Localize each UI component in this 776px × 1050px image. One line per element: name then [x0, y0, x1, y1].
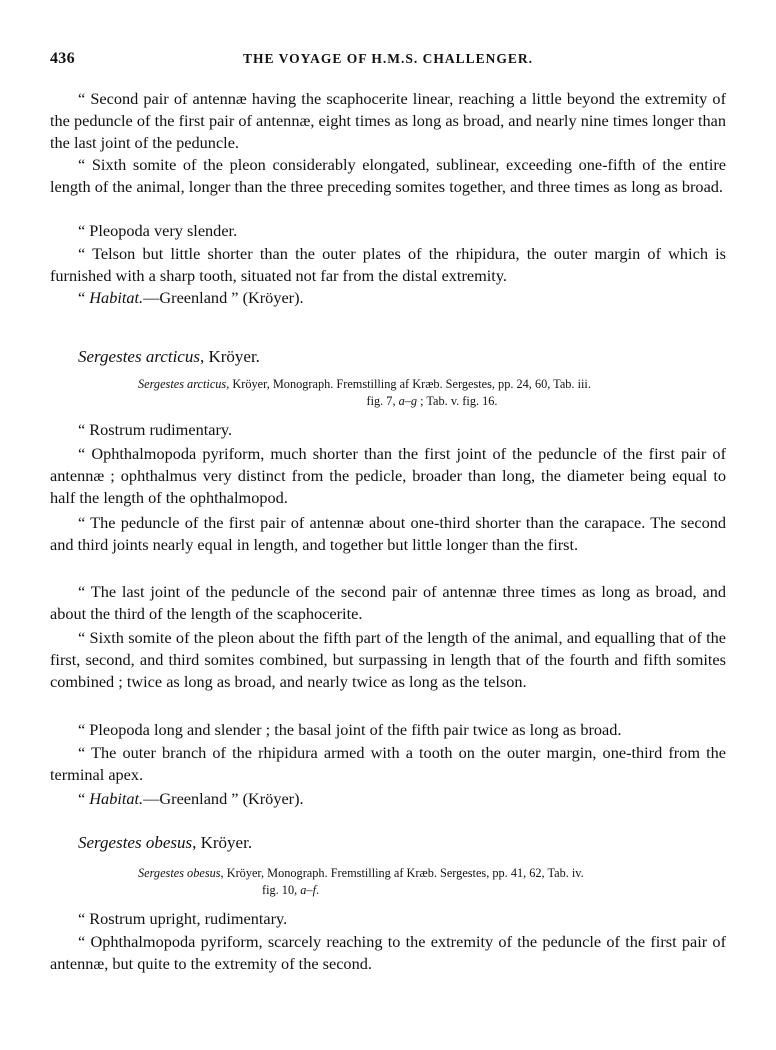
- synonymy-continuation: fig. 7, a–g ; Tab. v. fig. 16.: [138, 393, 726, 410]
- synonymy-obesus: Sergestes obesus, Kröyer, Monograph. Fre…: [138, 865, 726, 899]
- paragraph-pleopoda: “ Pleopoda long and slender ; the basal …: [50, 719, 726, 741]
- paragraph-sixth-somite: “ Sixth somite of the pleon considerably…: [50, 154, 726, 198]
- paragraph-ophthalmopoda: “ Ophthalmopoda pyriform, much shorter t…: [50, 443, 726, 509]
- paragraph-last-joint: “ The last joint of the peduncle of the …: [50, 581, 726, 625]
- habitat-label: Habitat.: [89, 789, 143, 808]
- species-heading-obesus: Sergestes obesus, Kröyer.: [78, 832, 252, 854]
- species-heading-arcticus: Sergestes arcticus, Kröyer.: [78, 346, 260, 368]
- synonymy-fig: fig. 10,: [262, 883, 300, 897]
- species-author: , Kröyer.: [200, 347, 260, 366]
- paragraph-ophthalmopoda: “ Ophthalmopoda pyriform, scarcely reach…: [50, 931, 726, 975]
- habitat-label: Habitat.: [89, 288, 143, 307]
- synonymy-name: Sergestes obesus: [138, 866, 221, 880]
- synonymy-fig-end: .: [316, 883, 319, 897]
- synonymy-fig-letters: a–g: [399, 394, 417, 408]
- document-page: 436 THE VOYAGE OF H.M.S. CHALLENGER. “ S…: [0, 0, 776, 1050]
- habitat-text: —Greenland ” (Kröyer).: [143, 288, 303, 307]
- page-header: 436 THE VOYAGE OF H.M.S. CHALLENGER.: [50, 50, 726, 74]
- paragraph-telson: “ Telson but little shorter than the out…: [50, 243, 726, 287]
- synonymy-text: , Kröyer, Monograph. Fremstilling af Kræ…: [226, 377, 591, 391]
- synonymy-name: Sergestes arcticus: [138, 377, 226, 391]
- paragraph-rostrum: “ Rostrum upright, rudimentary.: [50, 908, 726, 930]
- running-title: THE VOYAGE OF H.M.S. CHALLENGER.: [50, 51, 726, 67]
- species-name: Sergestes obesus: [78, 833, 192, 852]
- habitat-line: “ Habitat.—Greenland ” (Kröyer).: [50, 287, 726, 309]
- habitat-line: “ Habitat.—Greenland ” (Kröyer).: [50, 788, 726, 810]
- paragraph-peduncle-first-antennae: “ The peduncle of the first pair of ante…: [50, 512, 726, 556]
- habitat-text: —Greenland ” (Kröyer).: [143, 789, 303, 808]
- synonymy-fig: fig. 7,: [367, 394, 399, 408]
- habitat-open-quote: “: [78, 789, 89, 808]
- paragraph-rhipidura: “ The outer branch of the rhipidura arme…: [50, 742, 726, 786]
- paragraph-second-antennae: “ Second pair of antennæ having the scap…: [50, 88, 726, 154]
- paragraph-pleopoda: “ Pleopoda very slender.: [50, 220, 726, 242]
- synonymy-continuation: fig. 10, a–f.: [138, 882, 726, 899]
- synonymy-fig-letters: a–f: [300, 883, 316, 897]
- species-name: Sergestes arcticus: [78, 347, 200, 366]
- habitat-open-quote: “: [78, 288, 89, 307]
- synonymy-tab: ; Tab. v. fig. 16.: [417, 394, 497, 408]
- synonymy-arcticus: Sergestes arcticus, Kröyer, Monograph. F…: [138, 376, 726, 410]
- synonymy-text: , Kröyer, Monograph. Fremstilling af Kræ…: [221, 866, 584, 880]
- paragraph-sixth-somite: “ Sixth somite of the pleon about the fi…: [50, 627, 726, 693]
- species-author: , Kröyer.: [192, 833, 252, 852]
- paragraph-rostrum: “ Rostrum rudimentary.: [50, 419, 726, 441]
